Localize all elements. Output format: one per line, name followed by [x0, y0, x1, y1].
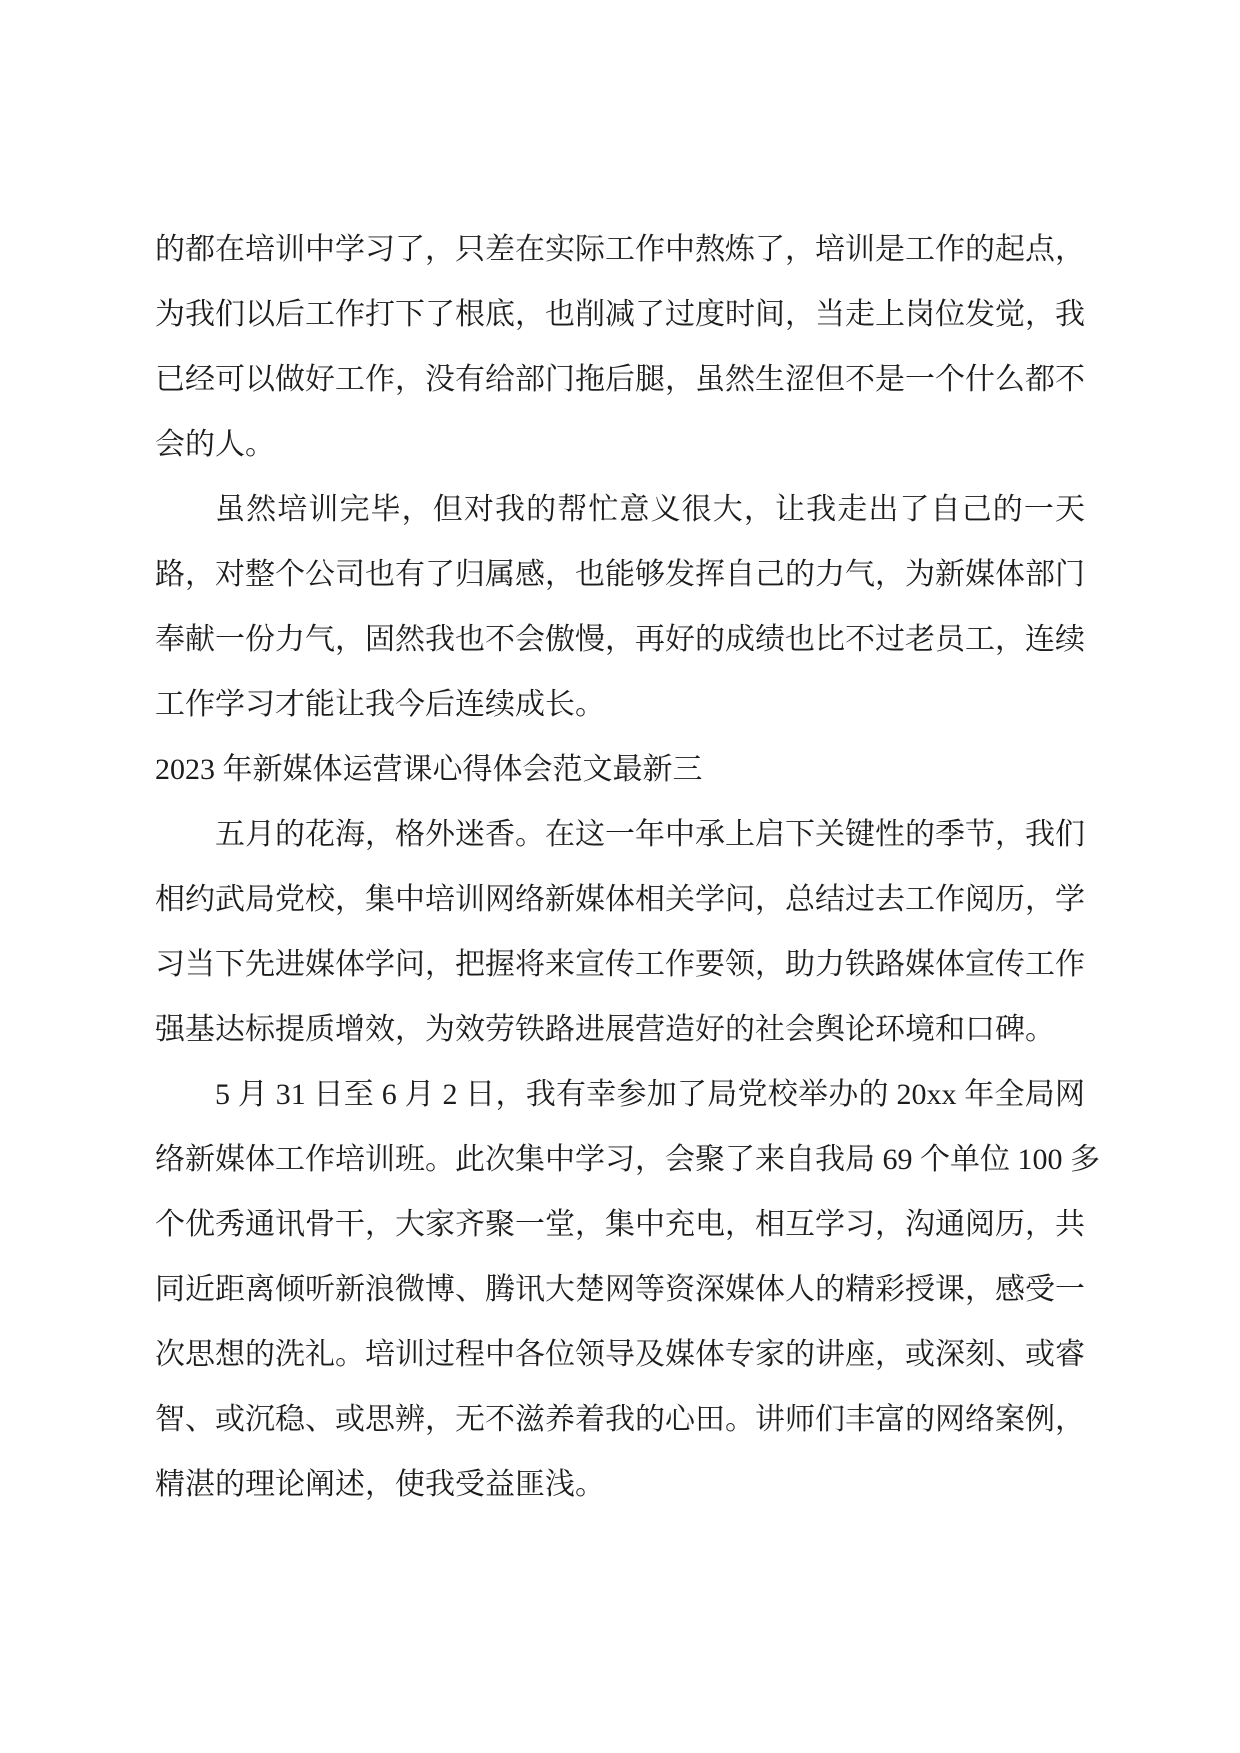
text-line: 路，对整个公司也有了归属感，也能够发挥自己的力气，为新媒体部门 [155, 542, 1085, 607]
text-line: 精湛的理论阐述，使我受益匪浅。 [155, 1452, 1085, 1517]
paragraph: 的都在培训中学习了，只差在实际工作中熬炼了，培训是工作的起点，为我们以后工作打下… [155, 217, 1085, 477]
text-line: 次思想的洗礼。培训过程中各位领导及媒体专家的讲座，或深刻、或睿 [155, 1322, 1085, 1387]
text-line: 奉献一份力气，固然我也不会傲慢，再好的成绩也比不过老员工，连续 [155, 607, 1085, 672]
text-line: 五月的花海，格外迷香。在这一年中承上启下关键性的季节，我们 [155, 802, 1085, 867]
text-line: 个优秀通讯骨干，大家齐聚一堂，集中充电，相互学习，沟通阅历，共 [155, 1192, 1085, 1257]
paragraph: 虽然培训完毕，但对我的帮忙意义很大，让我走出了自己的一天路，对整个公司也有了归属… [155, 477, 1085, 737]
text-line: 已经可以做好工作，没有给部门拖后腿，虽然生涩但不是一个什么都不 [155, 347, 1085, 412]
text-line: 络新媒体工作培训班。此次集中学习，会聚了来自我局 69 个单位 100 多 [155, 1127, 1085, 1192]
paragraph: 五月的花海，格外迷香。在这一年中承上启下关键性的季节，我们相约武局党校，集中培训… [155, 802, 1085, 1062]
document-page: 的都在培训中学习了，只差在实际工作中熬炼了，培训是工作的起点，为我们以后工作打下… [0, 0, 1240, 1753]
text-line: 会的人。 [155, 412, 1085, 477]
text-line: 工作学习才能让我今后连续成长。 [155, 672, 1085, 737]
section-heading: 2023 年新媒体运营课心得体会范文最新三 [155, 737, 1085, 802]
text-line: 的都在培训中学习了，只差在实际工作中熬炼了，培训是工作的起点， [155, 217, 1085, 282]
text-line: 为我们以后工作打下了根底，也削减了过度时间，当走上岗位发觉，我 [155, 282, 1085, 347]
text-line: 5 月 31 日至 6 月 2 日，我有幸参加了局党校举办的 20xx 年全局网 [155, 1062, 1085, 1127]
text-line: 相约武局党校，集中培训网络新媒体相关学问，总结过去工作阅历，学 [155, 867, 1085, 932]
text-line: 虽然培训完毕，但对我的帮忙意义很大，让我走出了自己的一天 [155, 477, 1085, 542]
heading-line: 2023 年新媒体运营课心得体会范文最新三 [155, 737, 1085, 802]
text-line: 强基达标提质增效，为效劳铁路进展营造好的社会舆论环境和口碑。 [155, 997, 1085, 1062]
text-line: 习当下先进媒体学问，把握将来宣传工作要领，助力铁路媒体宣传工作 [155, 932, 1085, 997]
paragraph: 5 月 31 日至 6 月 2 日，我有幸参加了局党校举办的 20xx 年全局网… [155, 1062, 1085, 1517]
text-line: 智、或沉稳、或思辨，无不滋养着我的心田。讲师们丰富的网络案例， [155, 1387, 1085, 1452]
text-line: 同近距离倾听新浪微博、腾讯大楚网等资深媒体人的精彩授课，感受一 [155, 1257, 1085, 1322]
document-body: 的都在培训中学习了，只差在实际工作中熬炼了，培训是工作的起点，为我们以后工作打下… [155, 217, 1085, 1517]
